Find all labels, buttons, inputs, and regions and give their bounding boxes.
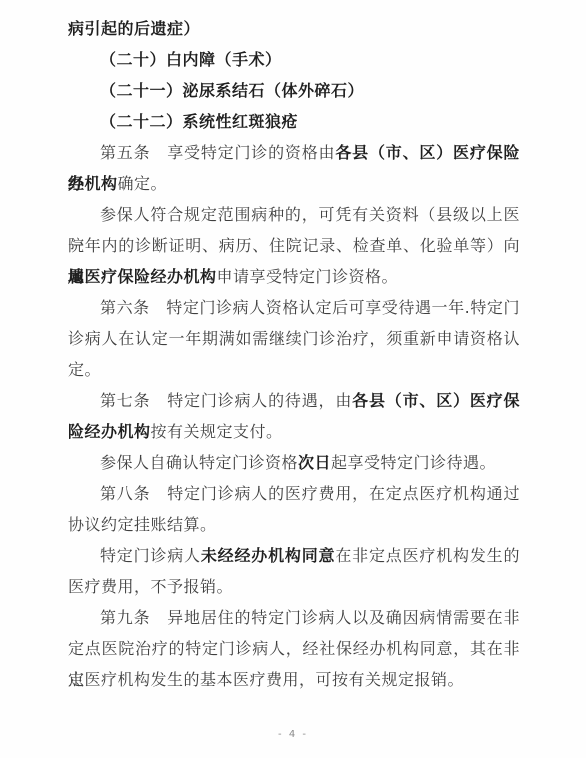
text-segment: 第六条 特定门诊病人资格认定后可享受待遇一年.特定门 xyxy=(100,298,520,317)
text-segment: 医疗费用，不予报销。 xyxy=(68,577,233,596)
text-line: 协议约定挂账结算。 xyxy=(68,509,520,540)
emphasized-text: （二十一）泌尿系结石（体外碎石） xyxy=(100,81,364,100)
text-line: 特定门诊病人未经经办机构同意在非定点医疗机构发生的 xyxy=(68,540,520,571)
emphasized-text: 未经经办机构同意 xyxy=(201,546,336,565)
text-segment: 申请享受特定门诊资格。 xyxy=(217,267,399,286)
text-line: 办机构确定。 xyxy=(68,168,520,199)
text-segment: 起享受特定门诊待遇。 xyxy=(331,453,496,472)
text-line: 定。 xyxy=(68,354,520,385)
text-line: 第九条 异地居住的特定门诊病人以及确因病情需要在非 xyxy=(68,602,520,633)
text-line: 一年内的诊断证明、病历、住院记录、检查单、化验单等）向属 xyxy=(68,230,520,261)
text-line: （二十一）泌尿系结石（体外碎石） xyxy=(68,75,520,106)
text-segment: 特定门诊病人 xyxy=(100,546,201,565)
text-segment: 点医疗机构发生的基本医疗费用，可按有关规定报销。 xyxy=(68,670,464,689)
text-segment: 确定。 xyxy=(118,174,168,193)
text-line: 第五条 享受特定门诊的资格由各县（市、区）医疗保险经 xyxy=(68,137,520,168)
text-segment: 协议约定挂账结算。 xyxy=(68,515,217,534)
text-segment: 一年内的诊断证明、病历、住院记录、检查单、化验单等）向 xyxy=(68,236,520,255)
emphasized-text: 险经办机构 xyxy=(68,422,151,441)
text-segment: 按有关规定支付。 xyxy=(151,422,283,441)
page-number: - 4 - xyxy=(0,729,586,740)
emphasized-text: （二十二）系统性红斑狼疮 xyxy=(100,112,298,131)
emphasized-text: 次日 xyxy=(298,453,331,472)
emphasized-text: 病引起的后遗症） xyxy=(68,19,200,38)
document-body: 病引起的后遗症）（二十）白内障（手术）（二十一）泌尿系结石（体外碎石）（二十二）… xyxy=(68,13,520,695)
document-page: 病引起的后遗症）（二十）白内障（手术）（二十一）泌尿系结石（体外碎石）（二十二）… xyxy=(0,0,586,758)
text-line: 参保人符合规定范围病种的，可凭有关资料（县级以上医院 xyxy=(68,199,520,230)
text-line: 诊病人在认定一年期满如需继续门诊治疗，须重新申请资格认 xyxy=(68,323,520,354)
text-line: 医疗费用，不予报销。 xyxy=(68,571,520,602)
text-line: 第六条 特定门诊病人资格认定后可享受待遇一年.特定门 xyxy=(68,292,520,323)
text-segment: 定。 xyxy=(68,360,101,379)
text-line: 地医疗保险经办机构申请享受特定门诊资格。 xyxy=(68,261,520,292)
text-segment: 参保人自确认特定门诊资格 xyxy=(100,453,298,472)
text-line: 点医疗机构发生的基本医疗费用，可按有关规定报销。 xyxy=(68,664,520,695)
text-segment: 第七条 特定门诊病人的待遇，由 xyxy=(100,391,352,410)
text-segment: 第五条 享受特定门诊的资格由 xyxy=(100,143,335,162)
text-line: 参保人自确认特定门诊资格次日起享受特定门诊待遇。 xyxy=(68,447,520,478)
text-segment: 第八条 特定门诊病人的医疗费用，在定点医疗机构通过 xyxy=(100,484,520,503)
text-line: 第八条 特定门诊病人的医疗费用，在定点医疗机构通过 xyxy=(68,478,520,509)
text-line: 定点医院治疗的特定门诊病人，经社保经办机构同意，其在非定 xyxy=(68,633,520,664)
text-line: （二十二）系统性红斑狼疮 xyxy=(68,106,520,137)
text-segment: 在非定点医疗机构发生的 xyxy=(335,546,520,565)
emphasized-text: 办机构 xyxy=(68,174,118,193)
emphasized-text: 各县（市、区）医疗保 xyxy=(352,391,520,410)
text-line: 险经办机构按有关规定支付。 xyxy=(68,416,520,447)
emphasized-text: （二十）白内障（手术） xyxy=(100,50,282,69)
text-segment: 诊病人在认定一年期满如需继续门诊治疗，须重新申请资格认 xyxy=(68,329,520,348)
text-segment: 第九条 异地居住的特定门诊病人以及确因病情需要在非 xyxy=(100,608,520,627)
text-line: （二十）白内障（手术） xyxy=(68,44,520,75)
text-line: 病引起的后遗症） xyxy=(68,13,520,44)
text-line: 第七条 特定门诊病人的待遇，由各县（市、区）医疗保 xyxy=(68,385,520,416)
emphasized-text: 地医疗保险经办机构 xyxy=(68,267,217,286)
